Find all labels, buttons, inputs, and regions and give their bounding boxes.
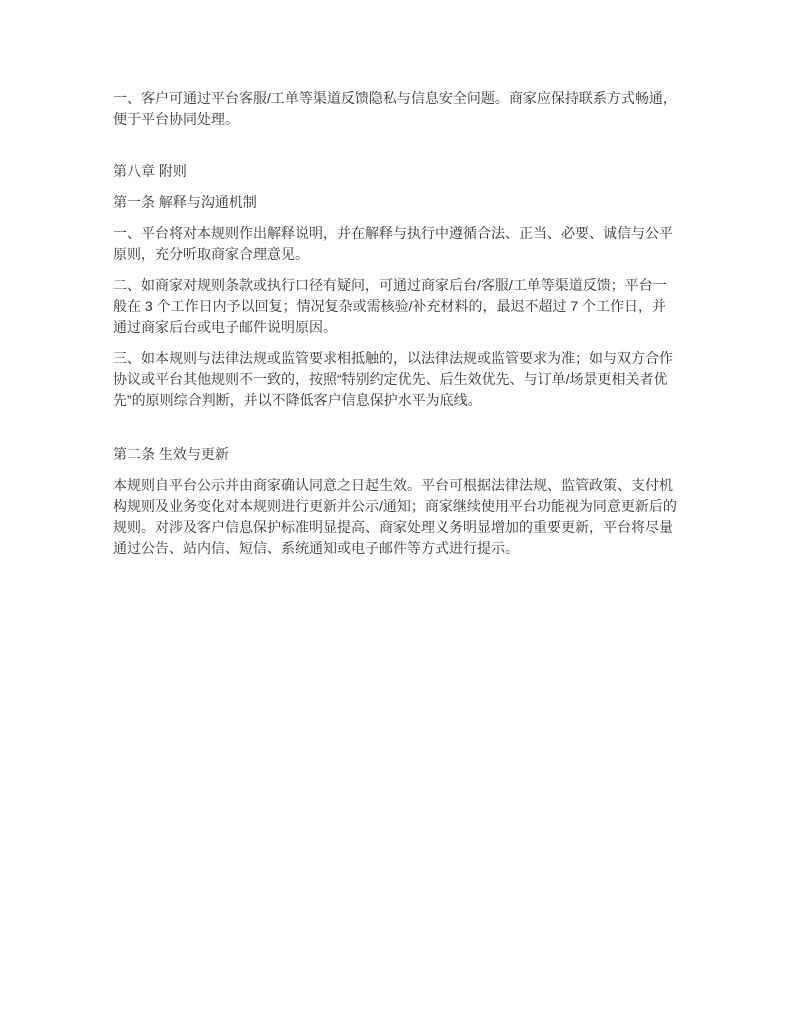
article-1-paragraph-1: 一、平台将对本规则作出解释说明，并在解释与执行中遵循合法、正当、必要、诚信与公平…: [113, 223, 678, 265]
document-page: 一、客户可通过平台客服/工单等渠道反馈隐私与信息安全问题。商家应保持联系方式畅通…: [0, 0, 791, 1024]
chapter-heading: 第八章 附则: [113, 161, 678, 182]
article-2-heading: 第二条 生效与更新: [113, 444, 678, 465]
article-1-paragraph-2: 二、如商家对规则条款或执行口径有疑问，可通过商家后台/客服/工单等渠道反馈；平台…: [113, 275, 678, 338]
article-1-heading: 第一条 解释与沟通机制: [113, 192, 678, 213]
article-2-paragraph-1: 本规则自平台公示并由商家确认同意之日起生效。平台可根据法律法规、监管政策、支付机…: [113, 475, 678, 559]
lead-paragraph: 一、客户可通过平台客服/工单等渠道反馈隐私与信息安全问题。商家应保持联系方式畅通…: [113, 88, 678, 130]
article-1-paragraph-3: 三、如本规则与法律法规或监管要求相抵触的，以法律法规或监管要求为准；如与双方合作…: [113, 348, 678, 411]
